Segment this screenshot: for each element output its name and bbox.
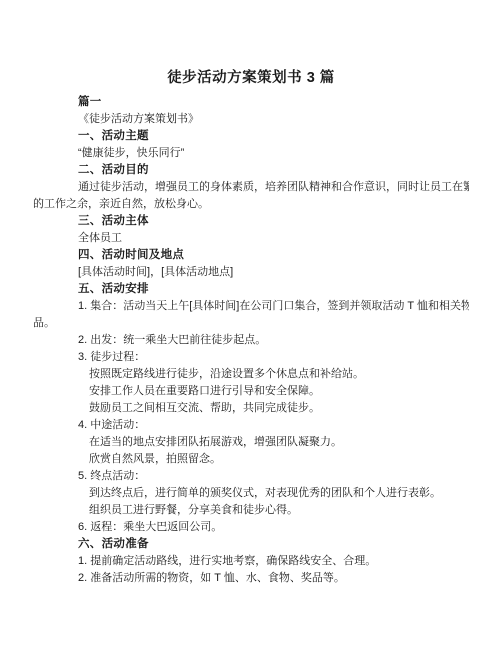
- doc-text-line: “健康徒步，快乐同行”: [33, 145, 469, 162]
- doc-list-item-line: 3. 徒步过程：: [33, 349, 469, 366]
- doc-sub-item-line: 在适当的地点安排团队拓展游戏，增强团队凝聚力。: [33, 434, 469, 451]
- doc-list-item-line: 1. 提前确定活动路线，进行实地考察，确保路线安全、合理。: [33, 553, 469, 570]
- doc-text-line: 全体员工: [33, 230, 469, 247]
- doc-text-line: 品。: [33, 315, 469, 332]
- doc-list-item-line: 6. 返程：乘坐大巴返回公司。: [33, 519, 469, 536]
- doc-heading-line: 篇一: [33, 94, 469, 111]
- doc-text-line: 《徒步活动方案策划书》: [33, 111, 469, 128]
- doc-list-item-line: 5. 终点活动：: [33, 468, 469, 485]
- doc-heading-line: 二、活动目的: [33, 162, 469, 179]
- document-title: 徒步活动方案策划书 3 篇: [33, 68, 469, 88]
- doc-heading-line: 五、活动安排: [33, 281, 469, 298]
- doc-text-line: 的工作之余，亲近自然，放松身心。: [33, 196, 469, 213]
- doc-sub-item-line: 鼓励员工之间相互交流、帮助，共同完成徒步。: [33, 400, 469, 417]
- doc-sub-item-line: 按照既定路线进行徒步，沿途设置多个休息点和补给站。: [33, 366, 469, 383]
- doc-text-line: [具体活动时间]，[具体活动地点]: [33, 264, 469, 281]
- doc-heading-line: 三、活动主体: [33, 213, 469, 230]
- doc-list-item-line: 2. 准备活动所需的物资，如 T 恤、水、食物、奖品等。: [33, 570, 469, 587]
- doc-list-item-line: 4. 中途活动：: [33, 417, 469, 434]
- document-page: 徒步活动方案策划书 3 篇 篇一 《徒步活动方案策划书》 一、活动主题 “健康徒…: [0, 0, 502, 649]
- doc-heading-line: 六、活动准备: [33, 536, 469, 553]
- doc-sub-item-line: 组织员工进行野餐，分享美食和徒步心得。: [33, 502, 469, 519]
- doc-text-line: 通过徒步活动，增强员工的身体素质，培养团队精神和合作意识，同时让员工在繁忙: [33, 179, 469, 196]
- doc-heading-line: 四、活动时间及地点: [33, 247, 469, 264]
- doc-list-item-line: 2. 出发：统一乘坐大巴前往徒步起点。: [33, 332, 469, 349]
- doc-sub-item-line: 安排工作人员在重要路口进行引导和安全保障。: [33, 383, 469, 400]
- doc-heading-line: 一、活动主题: [33, 128, 469, 145]
- doc-sub-item-line: 到达终点后，进行简单的颁奖仪式，对表现优秀的团队和个人进行表彰。: [33, 485, 469, 502]
- doc-list-item-line: 1. 集合：活动当天上午[具体时间]在公司门口集合，签到并领取活动 T 恤和相关…: [33, 298, 469, 315]
- doc-sub-item-line: 欣赏自然风景，拍照留念。: [33, 451, 469, 468]
